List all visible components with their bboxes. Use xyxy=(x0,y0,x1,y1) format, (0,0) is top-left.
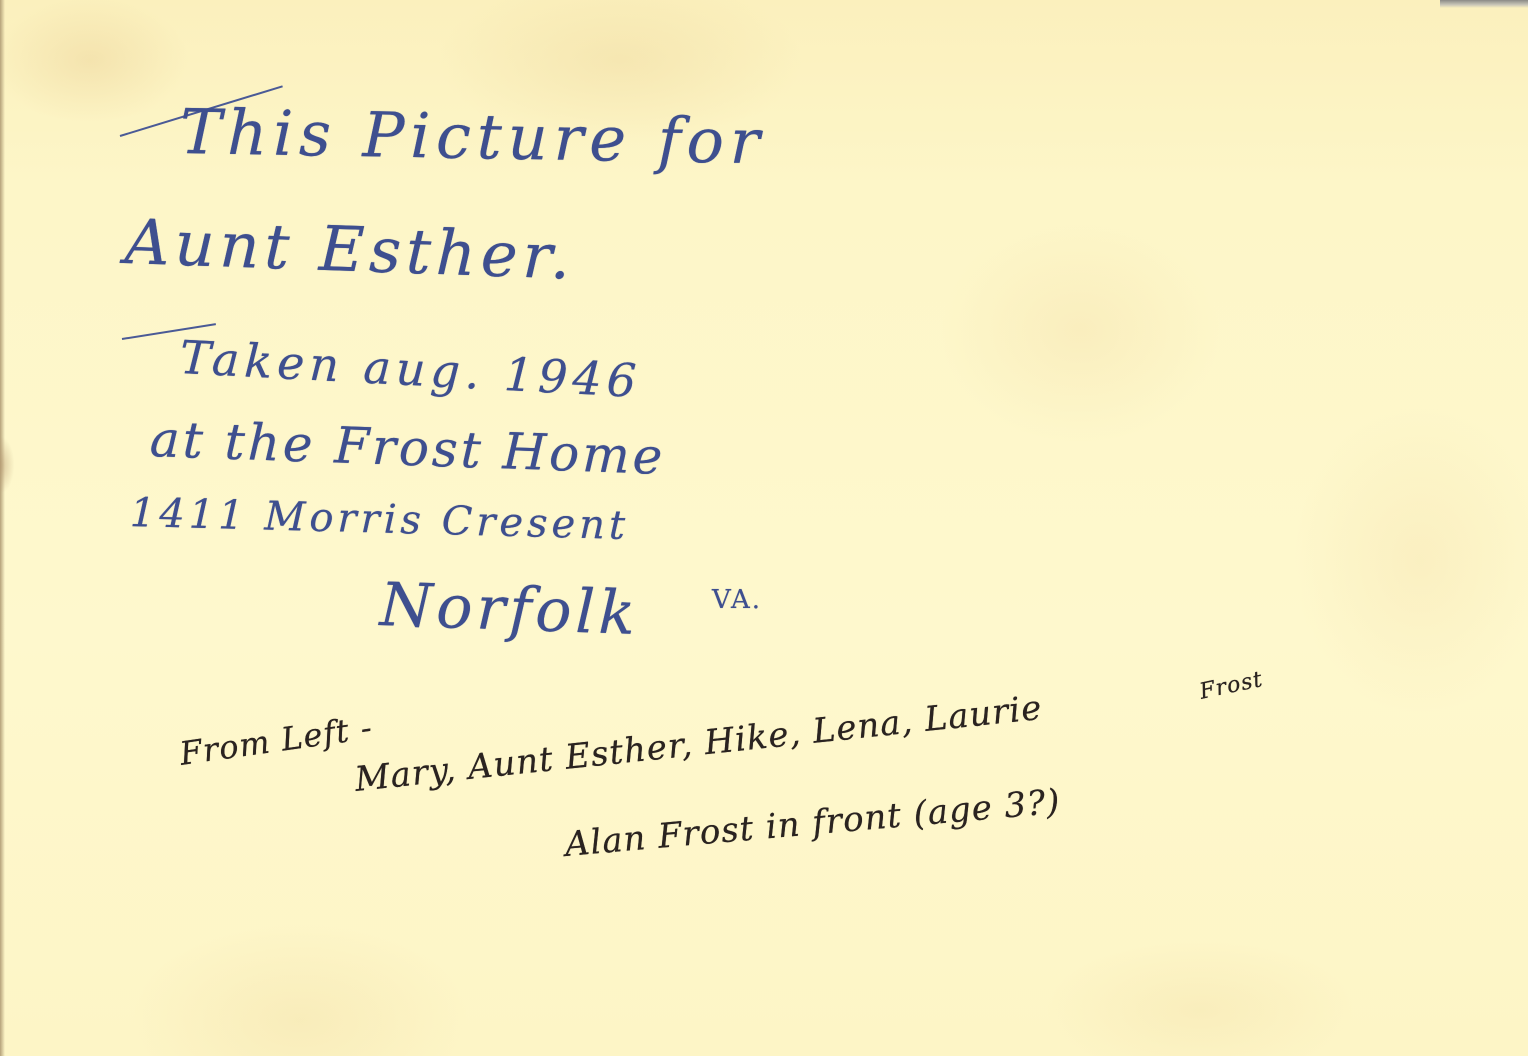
note-line-from-left: From Left - xyxy=(177,708,375,773)
note-line-state: VA. xyxy=(712,585,762,615)
scan-edge-top xyxy=(1440,0,1528,8)
note-line-aunt-esther: Aunt Esther. xyxy=(124,205,577,294)
note-superscript-frost: Frost xyxy=(1197,667,1265,705)
paper-tear-mark xyxy=(0,430,26,500)
note-line-city: Norfolk xyxy=(379,570,640,649)
scan-edge-left xyxy=(0,0,5,1056)
note-line-taken-date: Taken aug. 1946 xyxy=(179,330,643,408)
note-line-names: Mary, Aunt Esther, Hike, Lena, Laurie xyxy=(353,688,1044,800)
note-line-this-picture-for: This Picture for xyxy=(179,95,766,178)
note-line-alan-frost: Alan Frost in front (age 3?) xyxy=(563,782,1062,865)
note-line-address: 1411 Morris Cresent xyxy=(129,490,629,549)
note-line-frost-home: at the Frost Home xyxy=(149,410,666,486)
photo-back-document: This Picture for Aunt Esther. Taken aug.… xyxy=(0,0,1528,1056)
